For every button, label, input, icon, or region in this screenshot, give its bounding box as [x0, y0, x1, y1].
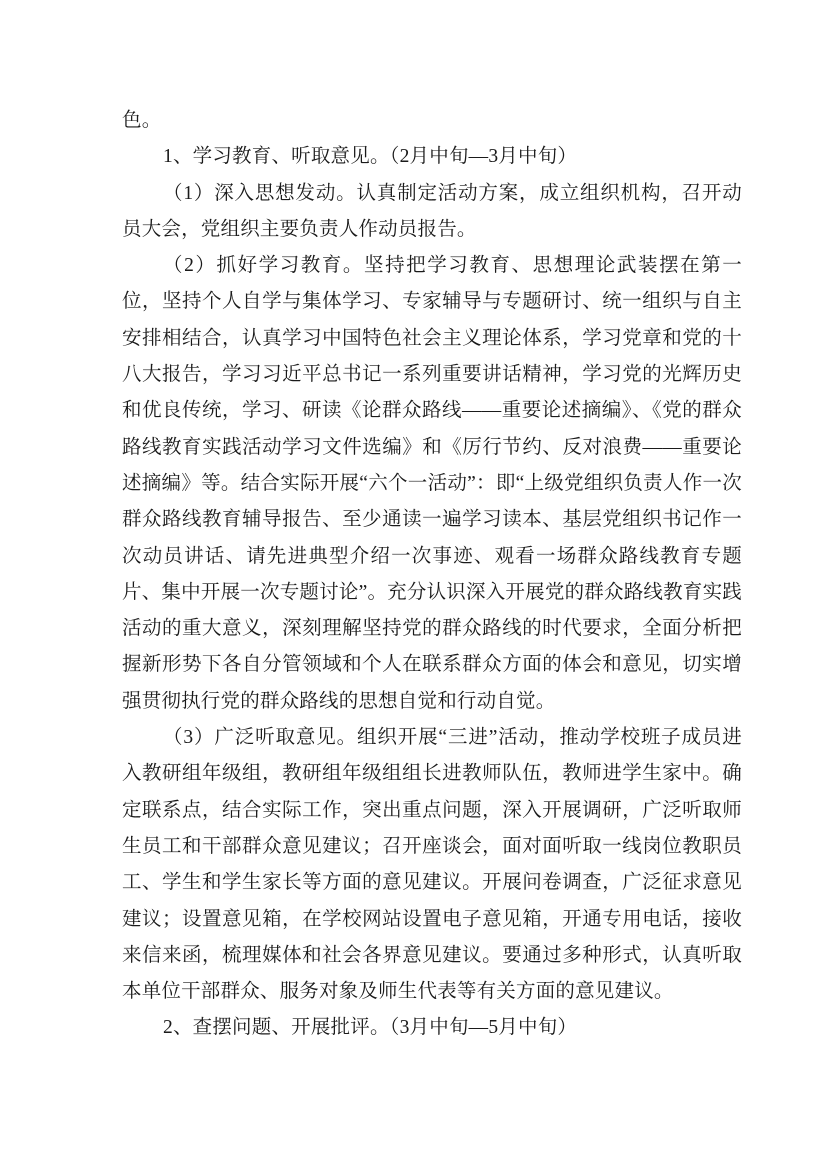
- text-content: 色。 1、学习教育、听取意见。（2月中旬—3月中旬） （1）深入思想发动。认真制…: [122, 103, 742, 1047]
- section-1-heading: 1、学习教育、听取意见。（2月中旬—3月中旬）: [122, 139, 742, 175]
- item-2-paragraph: （2）抓好学习教育。坚持把学习教育、思想理论武装摆在第一位，坚持个人自学与集体学…: [122, 248, 742, 720]
- section-2-heading: 2、查摆问题、开展批评。（3月中旬—5月中旬）: [122, 1010, 742, 1046]
- item-3-paragraph: （3）广泛听取意见。组织开展“三进”活动，推动学校班子成员进入教研组年级组，教研…: [122, 720, 742, 1010]
- item-1-paragraph: （1）深入思想发动。认真制定活动方案，成立组织机构，召开动员大会，党组织主要负责…: [122, 176, 742, 249]
- document-page: 色。 1、学习教育、听取意见。（2月中旬—3月中旬） （1）深入思想发动。认真制…: [0, 0, 827, 1170]
- continuation-text: 色。: [122, 103, 742, 139]
